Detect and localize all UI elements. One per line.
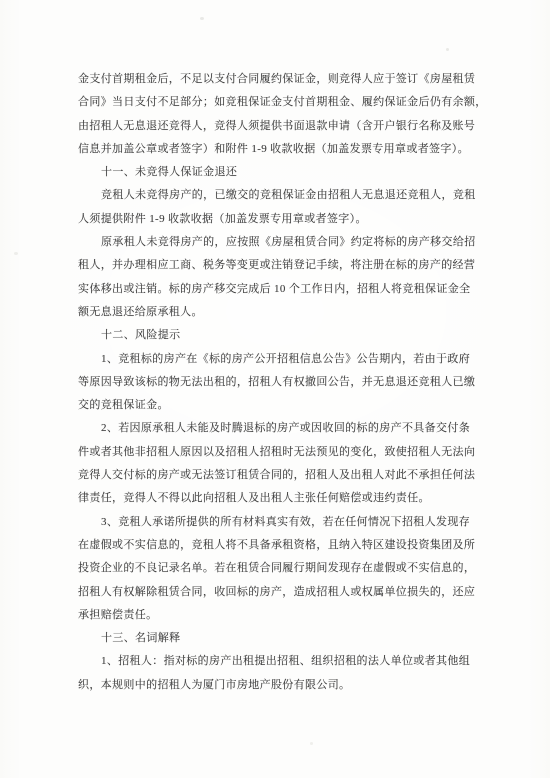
text-line: 人须提供附件 1-9 收款收据（加盖发票专用章或者签字）。 <box>78 208 550 231</box>
text-line: 交的竞租保证金。 <box>78 394 550 417</box>
section-heading: 十二、风险提示 <box>78 324 550 347</box>
scan-speck <box>446 48 449 51</box>
text-line: 1、竞租标的房产在《标的房产公开招租信息公告》公告期内，若由于政府 <box>78 348 550 371</box>
text-line: 件或者其他非招租人原因以及招租人招租时无法预见的变化，致使招租人无法向 <box>78 441 550 464</box>
section-heading: 十三、名词解释 <box>78 627 550 650</box>
section-heading: 十一、未竞得人保证金退还 <box>78 161 550 184</box>
text-line: 原承租人未竞得房产的，应按照《房屋租赁合同》约定将标的房产移交给招 <box>78 231 550 254</box>
scan-speck <box>310 742 313 745</box>
text-line: 竞租人未竞得房产的，已缴交的竞租保证金由招租人无息退还竞租人，竞租 <box>78 184 550 207</box>
text-line: 额无息退还给原承租人。 <box>78 301 550 324</box>
text-line: 3、竞租人承诺所提供的所有材料真实有效，若在任何情况下招租人发现存 <box>78 511 550 534</box>
document-body: 金支付首期租金后，不足以支付合同履约保证金，则竞得人应于签订《房屋租赁合同》当日… <box>78 68 550 697</box>
text-line: 信息并加盖公章或者签字）和附件 1-9 收款收据（加盖发票专用章或者签字）。 <box>78 138 550 161</box>
text-line: 等原因导致该标的物无法出租的，招租人有权撤回公告，并无息退还竞租人已缴 <box>78 371 550 394</box>
text-line: 招租人有权解除租赁合同，收回标的房产，造成招租人或权属单位损失的，还应 <box>78 581 550 604</box>
text-line: 律责任，竞得人不得以此向招租人及出租人主张任何赔偿或违约责任。 <box>78 487 550 510</box>
scan-speck <box>14 252 18 255</box>
text-line: 在虚假或不实信息的，竞租人将不具备承租资格，且纳入特区建设投资集团及所 <box>78 534 550 557</box>
text-line: 合同》当日支付不足部分；如竞租保证金支付首期租金、履约保证金后仍有余额， <box>78 91 550 114</box>
text-line: 租人，并办理相应工商、税务等变更或注销登记手续，将注册在标的房产的经营 <box>78 254 550 277</box>
text-line: 1、招租人：指对标的房产出租提出招租、组织招租的法人单位或者其他组 <box>78 650 550 673</box>
text-line: 织，本规则中的招租人为厦门市房地产股份有限公司。 <box>78 674 550 697</box>
text-line: 2、若因原承租人未能及时腾退标的房产或因收回的标的房产不具备交付条 <box>78 417 550 440</box>
scanned-document-page: 金支付首期租金后，不足以支付合同履约保证金，则竞得人应于签订《房屋租赁合同》当日… <box>0 0 550 778</box>
text-line: 承担赔偿责任。 <box>78 604 550 627</box>
text-line: 竞得人交付标的房产或无法签订租赁合同的，招租人及出租人对此不承担任何法 <box>78 464 550 487</box>
text-line: 投资企业的不良记录名单。若在租赁合同履行期间发现存在虚假或不实信息的， <box>78 557 550 580</box>
text-line: 金支付首期租金后，不足以支付合同履约保证金，则竞得人应于签订《房屋租赁 <box>78 68 550 91</box>
scan-speck <box>200 17 204 20</box>
text-line: 实体移出或注销。标的房产移交完成后 10 个工作日内，招租人将竞租保证金全 <box>78 278 550 301</box>
text-line: 由招租人无息退还竞得人，竞得人须提供书面退款申请（含开户银行名称及账号 <box>78 115 550 138</box>
